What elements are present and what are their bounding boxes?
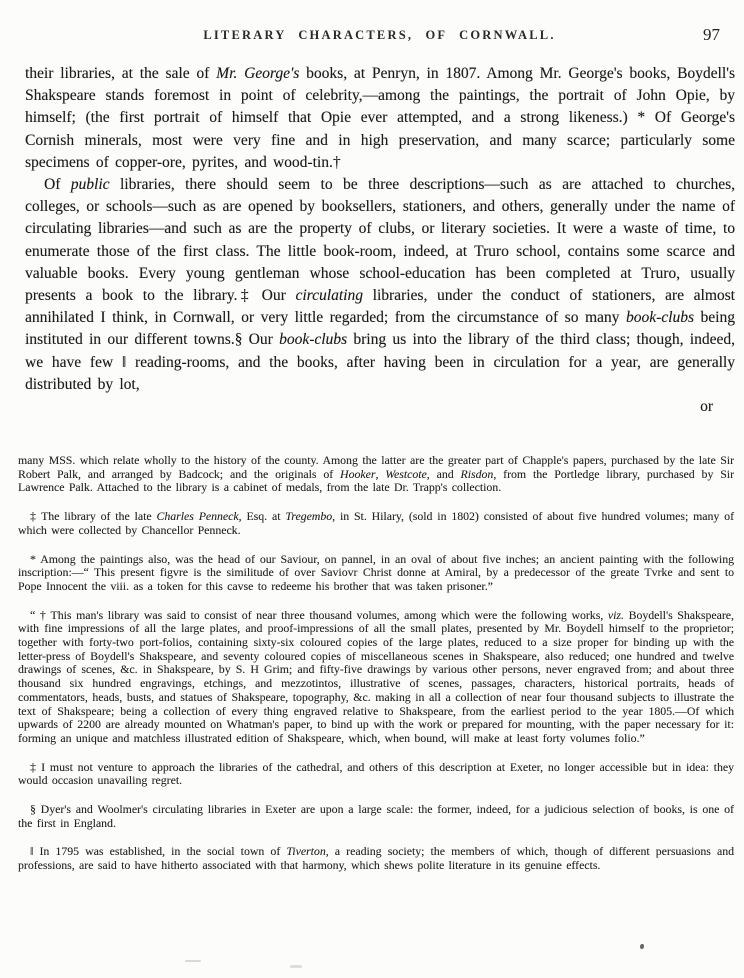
text-run: Of: [44, 176, 71, 193]
italic-text: book-clubs: [626, 309, 694, 326]
ink-speck: [640, 944, 644, 949]
footnote: ‡ I must not venture to approach the lib…: [18, 761, 734, 788]
text-run: , Esq. at: [239, 509, 286, 523]
italic-text: Tregembo: [285, 509, 332, 523]
footnote: “ † This man's library was said to consi…: [18, 609, 734, 746]
text-run: ,: [375, 467, 385, 481]
book-page: LITERARY CHARACTERS, OF CORNWALL. 97 the…: [0, 0, 744, 978]
text-run: * Among the paintings also, was the head…: [18, 552, 734, 593]
footnote: § Dyer's and Woolmer's circulating libra…: [18, 803, 734, 830]
body-paragraph: Of public libraries, there should seem t…: [25, 174, 735, 396]
italic-text: book-clubs: [279, 331, 347, 348]
italic-text: Charles Penneck: [156, 509, 238, 523]
scan-smudge: [185, 960, 201, 962]
catchword: or: [25, 396, 735, 418]
scan-smudge: [290, 965, 302, 968]
footnote: * Among the paintings also, was the head…: [18, 553, 734, 594]
page-header: LITERARY CHARACTERS, OF CORNWALL. 97: [25, 28, 734, 50]
text-run: ‡ I must not venture to approach the lib…: [18, 760, 734, 788]
body-paragraph: their libraries, at the sale of Mr. Geor…: [25, 63, 735, 174]
main-text-block: their libraries, at the sale of Mr. Geor…: [25, 63, 735, 418]
footnote: ‡ The library of the late Charles Pennec…: [18, 510, 734, 537]
italic-text: Risdon: [461, 467, 494, 481]
italic-text: Hooker: [340, 467, 375, 481]
text-run: their libraries, at the sale of: [25, 65, 216, 82]
italic-text: circulating: [296, 287, 363, 304]
italic-text: Mr. George's: [216, 65, 299, 82]
text-run: Boydell's Shakspeare, with fine impressi…: [18, 608, 734, 745]
text-run: “ † This man's library was said to consi…: [30, 608, 608, 622]
running-header-title: LITERARY CHARACTERS, OF CORNWALL.: [25, 28, 734, 43]
text-run: , and: [427, 467, 461, 481]
italic-text: public: [71, 176, 110, 193]
footnote-continuation: many MSS. which relate wholly to the his…: [18, 454, 734, 495]
text-run: ‡ The library of the late: [30, 509, 156, 523]
italic-text: viz.: [608, 608, 624, 622]
italic-text: Westcote: [385, 467, 427, 481]
text-run: § Dyer's and Woolmer's circulating libra…: [18, 802, 734, 830]
text-run: ‖ In 1795 was established, in the social…: [30, 844, 286, 858]
italic-text: Tiverton: [286, 844, 325, 858]
footnotes-section: many MSS. which relate wholly to the his…: [18, 454, 734, 888]
footnote: ‖ In 1795 was established, in the social…: [18, 845, 734, 872]
text-run: libraries, there should seem to be three…: [25, 176, 735, 304]
page-number: 97: [703, 25, 720, 45]
